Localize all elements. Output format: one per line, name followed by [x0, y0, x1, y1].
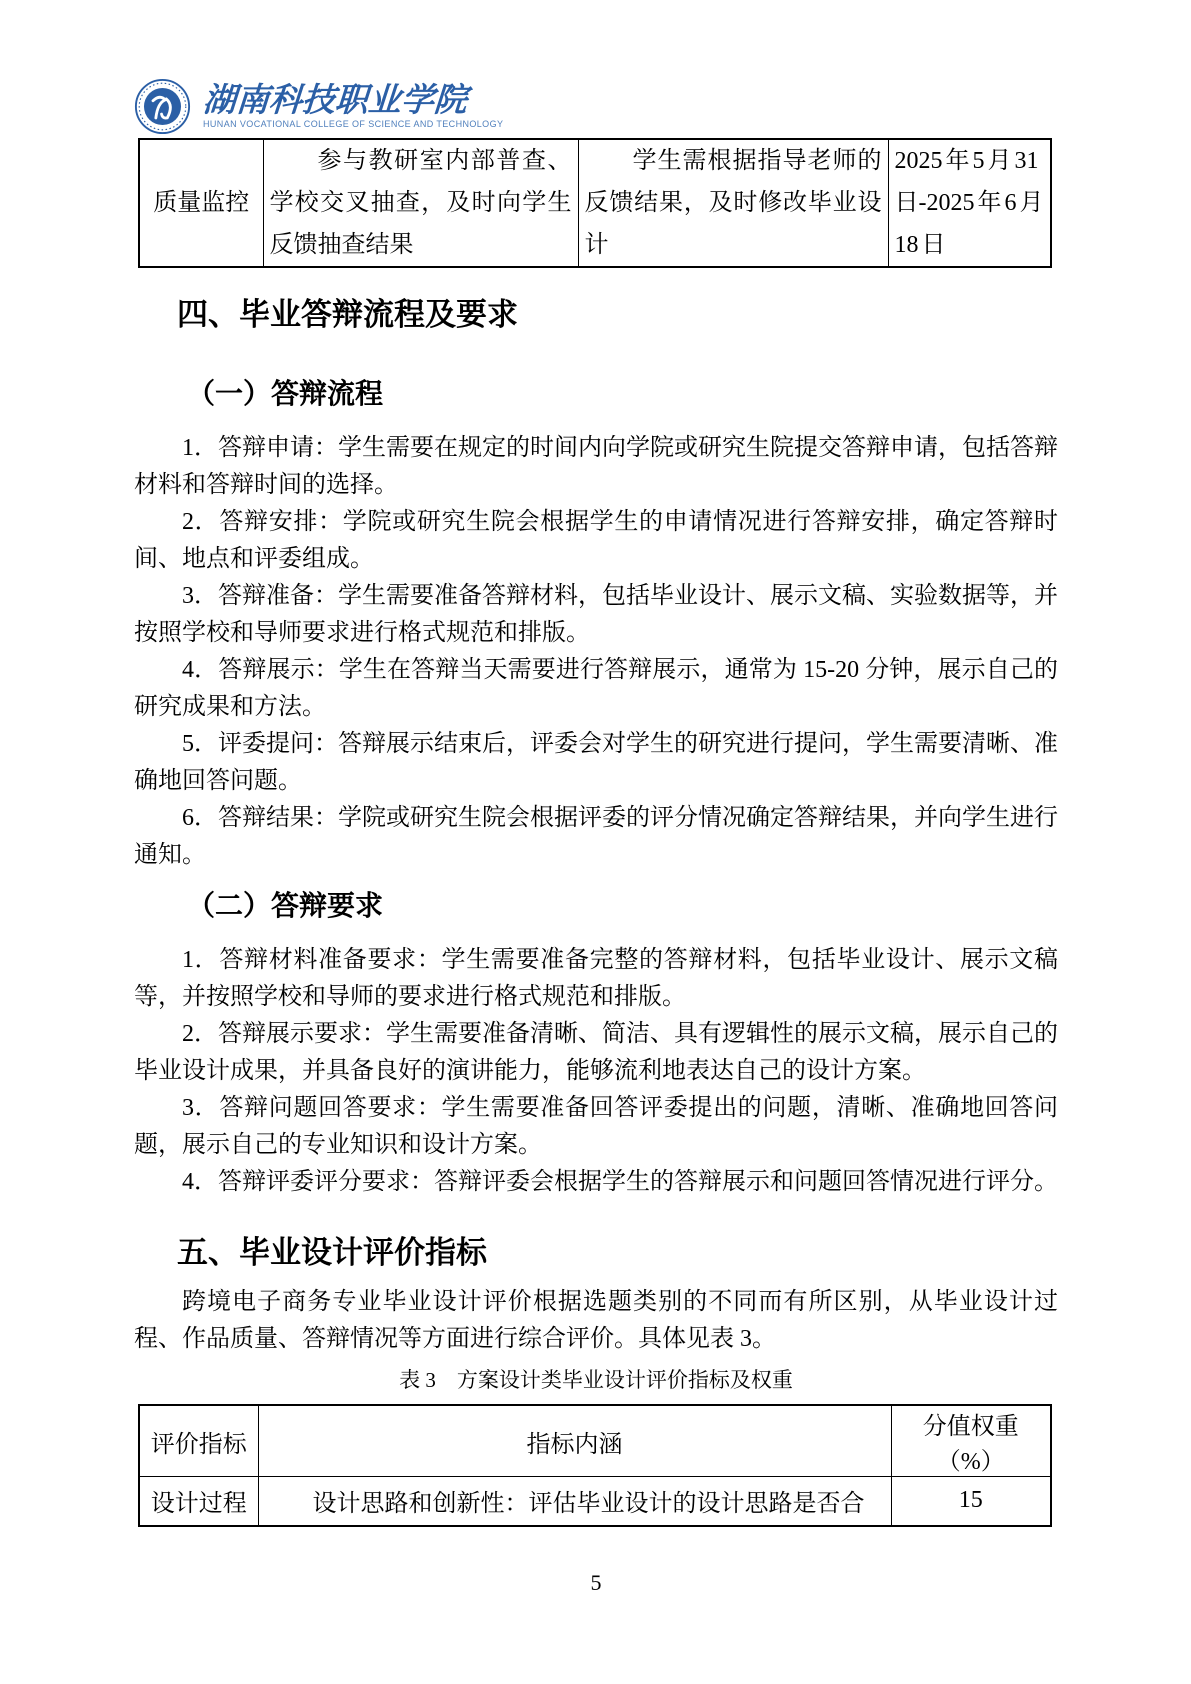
list-item: 5．评委提问：答辩展示结束后，评委会对学生的研究进行提问，学生需要清晰、准确地回… — [134, 726, 1058, 800]
list-item: 3．答辩问题回答要求：学生需要准备回答评委提出的问题，清晰、准确地回答问题，展示… — [134, 1090, 1058, 1164]
list-item: 3．答辩准备：学生需要准备答辩材料，包括毕业设计、展示文稿、实验数据等，并按照学… — [134, 578, 1058, 652]
column-header: 指标内涵 — [258, 1405, 891, 1477]
list-item: 1．答辩材料准备要求：学生需要准备完整的答辩材料，包括毕业设计、展示文稿等，并按… — [134, 942, 1058, 1016]
column-header: 评价指标 — [139, 1405, 258, 1477]
evaluation-table: 评价指标 指标内涵 分值权重（%） 设计过程 设计思路和创新性：评估毕业设计的设… — [138, 1404, 1052, 1527]
page-number: 5 — [134, 1569, 1058, 1597]
list-item: 6．答辩结果：学院或研究生院会根据评委的评分情况确定答辩结果，并向学生进行通知。 — [134, 800, 1058, 874]
quality-monitor-table: 质量监控 参与教研室内部普查、学校交叉抽查，及时向学生反馈抽查结果 学生需根据指… — [138, 138, 1052, 268]
date-range-cell: 2025 年 5 月 31 日-2025 年 6 月 18 日 — [888, 139, 1051, 267]
table-header-row: 评价指标 指标内涵 分值权重（%） — [139, 1405, 1051, 1477]
page-content: 湖南科技职业学院 HUNAN VOCATIONAL COLLEGE OF SCI… — [0, 76, 1191, 1597]
document-page: 湖南科技职业学院 HUNAN VOCATIONAL COLLEGE OF SCI… — [0, 0, 1191, 1684]
indicator-cell: 设计过程 — [139, 1477, 258, 1526]
column-header: 分值权重（%） — [891, 1405, 1051, 1477]
list-item: 4．答辩展示：学生在答辩当天需要进行答辩展示，通常为 15-20 分钟，展示自己… — [134, 652, 1058, 726]
list-item: 4．答辩评委评分要求：答辩评委会根据学生的答辩展示和问题回答情况进行评分。 — [134, 1164, 1058, 1201]
table3-caption: 表 3 方案设计类毕业设计评价指标及权重 — [134, 1366, 1058, 1394]
table-row: 质量监控 参与教研室内部普查、学校交叉抽查，及时向学生反馈抽查结果 学生需根据指… — [139, 139, 1051, 267]
weight-cell: 15 — [891, 1477, 1051, 1526]
defense-requirements-list: 1．答辩材料准备要求：学生需要准备完整的答辩材料，包括毕业设计、展示文稿等，并按… — [134, 942, 1058, 1201]
table-row: 设计过程 设计思路和创新性：评估毕业设计的设计思路是否合 15 — [139, 1477, 1051, 1526]
section5-title: 五、毕业设计评价指标 — [177, 1232, 1058, 1274]
stage-cell: 质量监控 — [139, 139, 263, 267]
section4-sub2-title: （二）答辩要求 — [187, 886, 1058, 926]
school-emblem-icon — [134, 78, 191, 135]
school-name-english: HUNAN VOCATIONAL COLLEGE OF SCIENCE AND … — [203, 119, 503, 129]
list-item: 2．答辩展示要求：学生需要准备清晰、简洁、具有逻辑性的展示文稿，展示自己的毕业设… — [134, 1016, 1058, 1090]
list-item: 1．答辩申请：学生需要在规定的时间内向学院或研究生院提交答辩申请，包括答辩材料和… — [134, 430, 1058, 504]
meaning-cell: 设计思路和创新性：评估毕业设计的设计思路是否合 — [258, 1477, 891, 1526]
section5-paragraph: 跨境电子商务专业毕业设计评价根据选题类别的不同而有所区别，从毕业设计过程、作品质… — [134, 1284, 1058, 1358]
school-name-chinese: 湖南科技职业学院 — [202, 83, 505, 117]
school-header: 湖南科技职业学院 HUNAN VOCATIONAL COLLEGE OF SCI… — [134, 76, 1058, 136]
teacher-task-cell: 参与教研室内部普查、学校交叉抽查，及时向学生反馈抽查结果 — [263, 139, 578, 267]
list-item: 2．答辩安排：学院或研究生院会根据学生的申请情况进行答辩安排，确定答辩时间、地点… — [134, 504, 1058, 578]
section4-title: 四、毕业答辩流程及要求 — [177, 294, 1058, 336]
school-logo-text: 湖南科技职业学院 HUNAN VOCATIONAL COLLEGE OF SCI… — [203, 83, 503, 129]
defense-process-list: 1．答辩申请：学生需要在规定的时间内向学院或研究生院提交答辩申请，包括答辩材料和… — [134, 430, 1058, 874]
student-task-cell: 学生需根据指导老师的反馈结果，及时修改毕业设计 — [578, 139, 888, 267]
section4-sub1-title: （一）答辩流程 — [187, 374, 1058, 414]
